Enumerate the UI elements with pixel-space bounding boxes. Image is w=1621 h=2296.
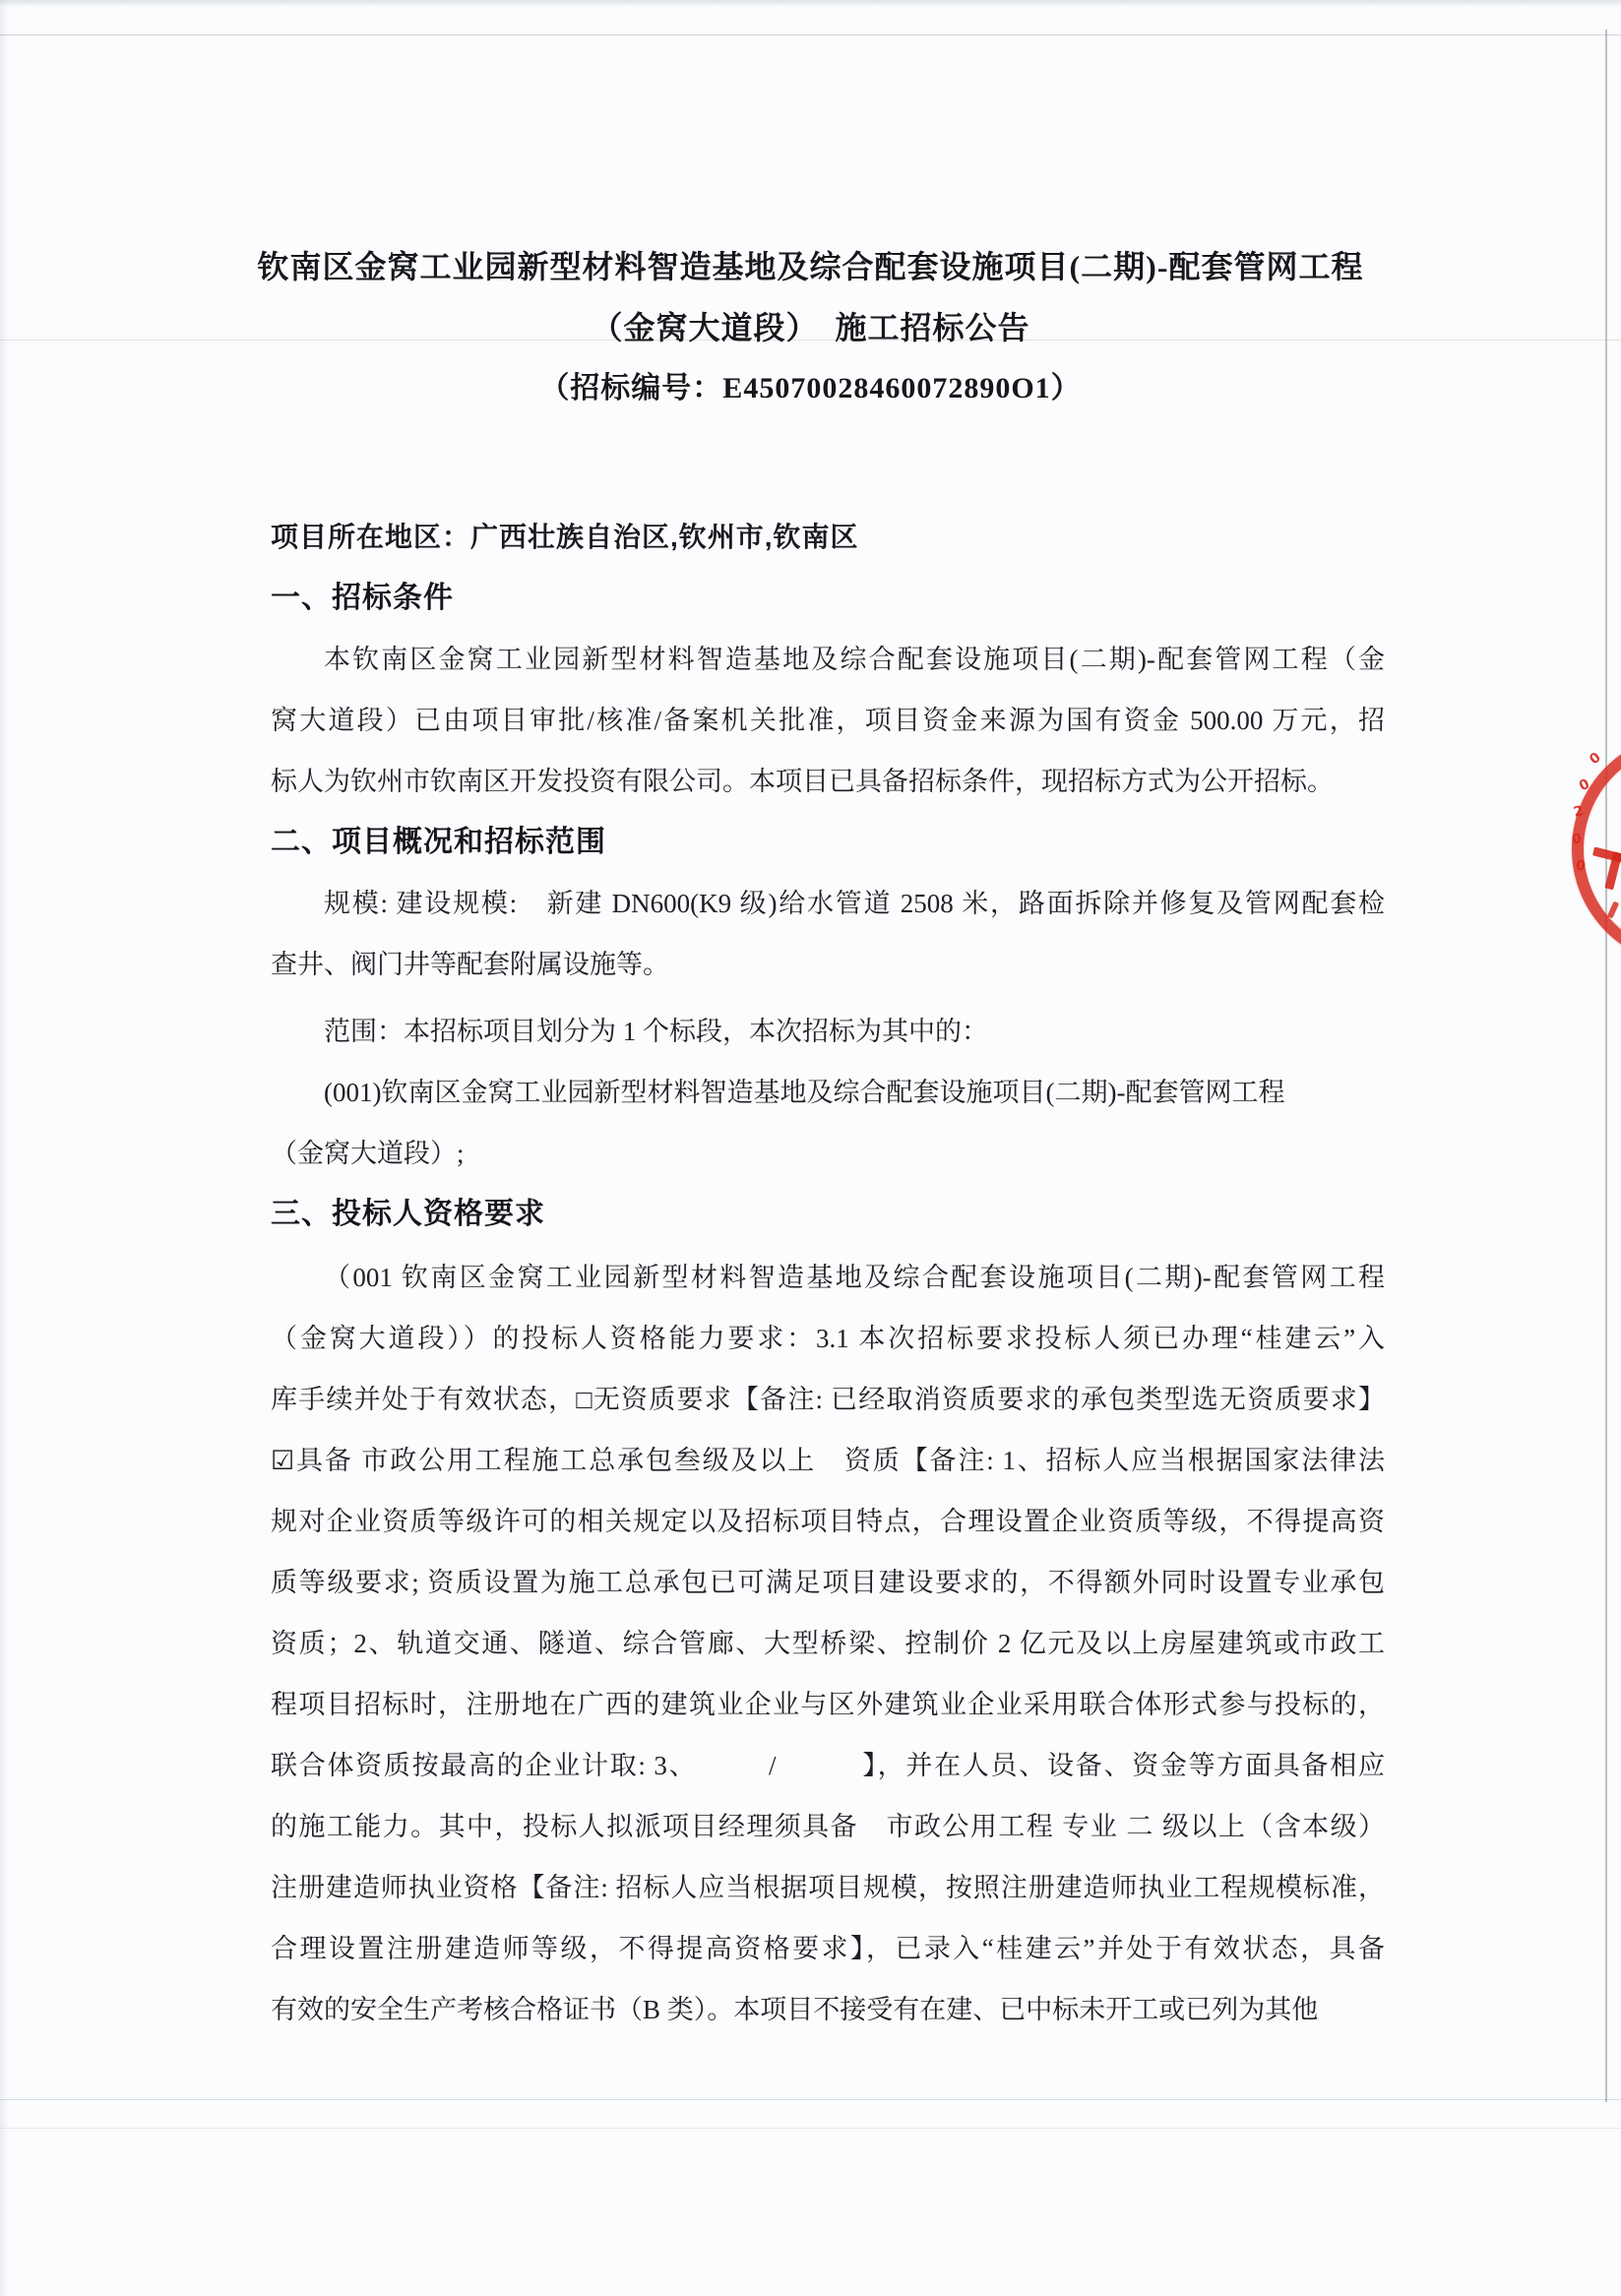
section-3-line: （001 钦南区金窝工业园新型材料智造基地及综合配套设施项目(二期)-配套管网工…: [271, 1247, 1385, 1308]
project-location-line: 项目所在地区：广西壮族自治区,钦州市,钦南区: [271, 507, 1385, 568]
section-1-heading: 一、招标条件: [271, 568, 1385, 629]
section-3-line: 质等级要求; 资质设置为施工总承包已可满足项目建设要求的，不得额外同时设置专业承…: [271, 1552, 1385, 1613]
title-block: 钦南区金窝工业园新型材料智造基地及综合配套设施项目(二期)-配套管网工程 （金窝…: [138, 236, 1483, 419]
seal-digit: 0: [1572, 832, 1583, 847]
section-3-line: 规对企业资质等级许可的相关规定以及招标项目特点，合理设置企业资质等级，不得提高资: [271, 1491, 1385, 1552]
seal-digit: 0: [1575, 857, 1587, 874]
section-2-line: 范围：本招标项目划分为 1 个标段，本次招标为其中的：: [271, 1001, 1385, 1062]
section-1-line: 窝大道段）已由项目审批/核准/备案机关批准，项目资金来源为国有资金 500.00…: [271, 690, 1385, 751]
scan-band-line: [0, 34, 1621, 35]
scanned-tender-announcement-page: 钦南区金窝工业园新型材料智造基地及综合配套设施项目(二期)-配套管网工程 （金窝…: [0, 0, 1621, 2296]
section-1-line: 标人为钦州市钦南区开发投资有限公司。本项目已具备招标条件，现招标方式为公开招标。: [271, 751, 1385, 812]
section-3-line: 程项目招标时，注册地在广西的建筑业企业与区外建筑业企业采用联合体形式参与投标的，: [271, 1674, 1385, 1735]
scan-band-line: [0, 2128, 1621, 2129]
section-2-line: （金窝大道段）;: [271, 1123, 1385, 1184]
section-2-heading: 二、项目概况和招标范围: [271, 812, 1385, 873]
section-1-line: 本钦南区金窝工业园新型材料智造基地及综合配套设施项目(二期)-配套管网工程（金: [271, 629, 1385, 690]
section-3-line: 联合体资质按最高的企业计取: 3、 / 】，并在人员、设备、资金等方面具备相应: [271, 1735, 1385, 1796]
scan-band-line: [0, 2099, 1621, 2100]
section-3-line: 注册建造师执业资格【备注: 招标人应当根据项目规模，按照注册建造师执业工程规模标…: [271, 1857, 1385, 1918]
tender-number-line: （招标编号：E45070028460072890O1）: [138, 358, 1483, 419]
scan-right-edge-line: [1605, 30, 1607, 2102]
scan-left-edge: [0, 0, 9, 2296]
section-2-line: 查井、阀门井等配套附属设施等。: [271, 934, 1385, 995]
seal-digit: 0: [1587, 750, 1604, 769]
document-body: 项目所在地区：广西壮族自治区,钦州市,钦南区 一、招标条件 本钦南区金窝工业园新…: [271, 507, 1385, 2040]
section-3-line: 有效的安全生产考核合格证书（B 类）。本项目不接受有在建、已中标未开工或已列为其…: [271, 1979, 1385, 2040]
section-3-line: 合理设置注册建造师等级，不得提高资格要求】，已录入“桂建云”并处于有效状态，具备: [271, 1918, 1385, 1979]
section-2-line: (001)钦南区金窝工业园新型材料智造基地及综合配套设施项目(二期)-配套管网工…: [271, 1062, 1385, 1123]
section-3-line: （金窝大道段））的投标人资格能力要求：3.1 本次招标要求投标人须已办理“桂建云…: [271, 1308, 1385, 1369]
document-title-line-1: 钦南区金窝工业园新型材料智造基地及综合配套设施项目(二期)-配套管网工程: [138, 236, 1483, 297]
section-3-heading: 三、投标人资格要求: [271, 1184, 1385, 1245]
section-3-line: 库手续并处于有效状态，□无资质要求【备注: 已经取消资质要求的承包类型选无资质要…: [271, 1369, 1385, 1430]
scan-top-edge: [0, 0, 1621, 7]
section-3-line: ☑具备 市政公用工程施工总承包叁级及以上 资质【备注: 1、招标人应当根据国家法…: [271, 1430, 1385, 1491]
section-3-line: 资质；2、轨道交通、隧道、综合管廊、大型桥梁、控制价 2 亿元及以上房屋建筑或市…: [271, 1613, 1385, 1674]
section-3-line: 的施工能力。其中，投标人拟派项目经理须具备 市政公用工程 专业 二 级以上（含本…: [271, 1796, 1385, 1857]
section-2-line: 规模: 建设规模: 新建 DN600(K9 级)给水管道 2508 米，路面拆除…: [271, 873, 1385, 934]
document-title-line-2: （金窝大道段） 施工招标公告: [138, 297, 1483, 358]
